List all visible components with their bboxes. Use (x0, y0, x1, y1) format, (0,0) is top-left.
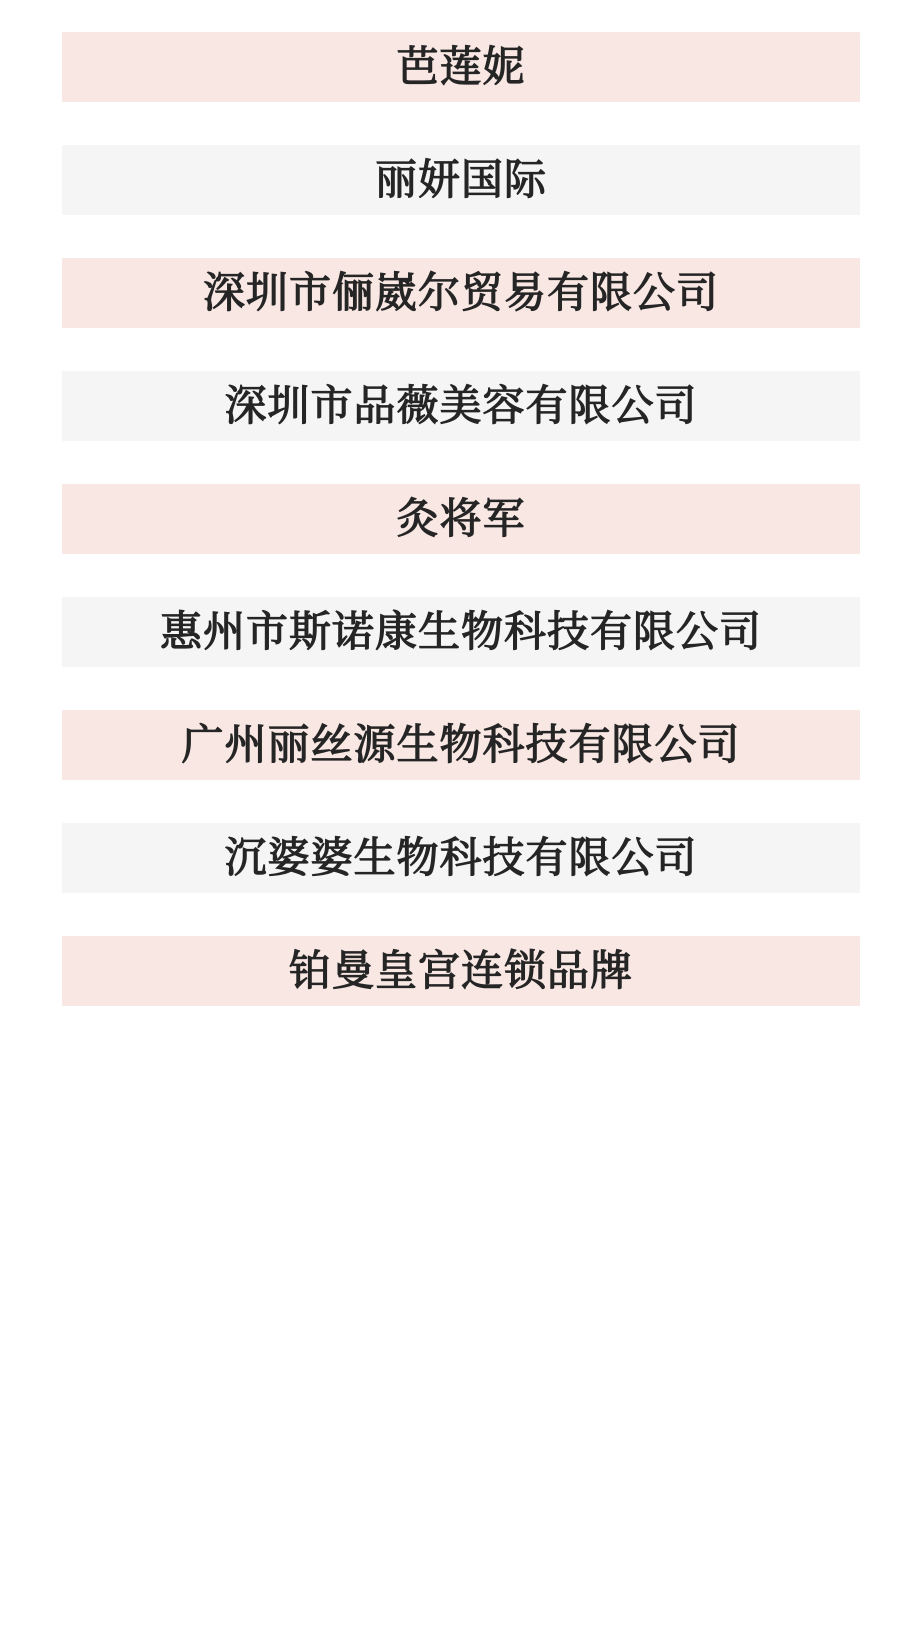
brand-name: 深圳市俪崴尔贸易有限公司 (203, 272, 719, 314)
brand-name: 深圳市品薇美容有限公司 (224, 385, 697, 427)
list-row: 深圳市俪崴尔贸易有限公司 (62, 258, 860, 328)
list-row: 沉婆婆生物科技有限公司 (62, 823, 860, 893)
list-row: 深圳市品薇美容有限公司 (62, 371, 860, 441)
brand-name: 沉婆婆生物科技有限公司 (224, 837, 697, 879)
list-row: 丽妍国际 (62, 145, 860, 215)
list-row: 惠州市斯诺康生物科技有限公司 (62, 597, 860, 667)
list-row: 广州丽丝源生物科技有限公司 (62, 710, 860, 780)
brand-name: 惠州市斯诺康生物科技有限公司 (160, 611, 762, 653)
brand-list: 芭莲妮 丽妍国际 深圳市俪崴尔贸易有限公司 深圳市品薇美容有限公司 灸将军 惠州… (0, 0, 922, 1006)
brand-name: 广州丽丝源生物科技有限公司 (181, 724, 740, 766)
brand-name: 铂曼皇宫连锁品牌 (289, 950, 633, 992)
list-row: 芭莲妮 (62, 32, 860, 102)
brand-name: 灸将军 (396, 498, 525, 540)
brand-name: 丽妍国际 (375, 159, 547, 201)
list-row: 铂曼皇宫连锁品牌 (62, 936, 860, 1006)
list-row: 灸将军 (62, 484, 860, 554)
brand-name: 芭莲妮 (396, 46, 525, 88)
